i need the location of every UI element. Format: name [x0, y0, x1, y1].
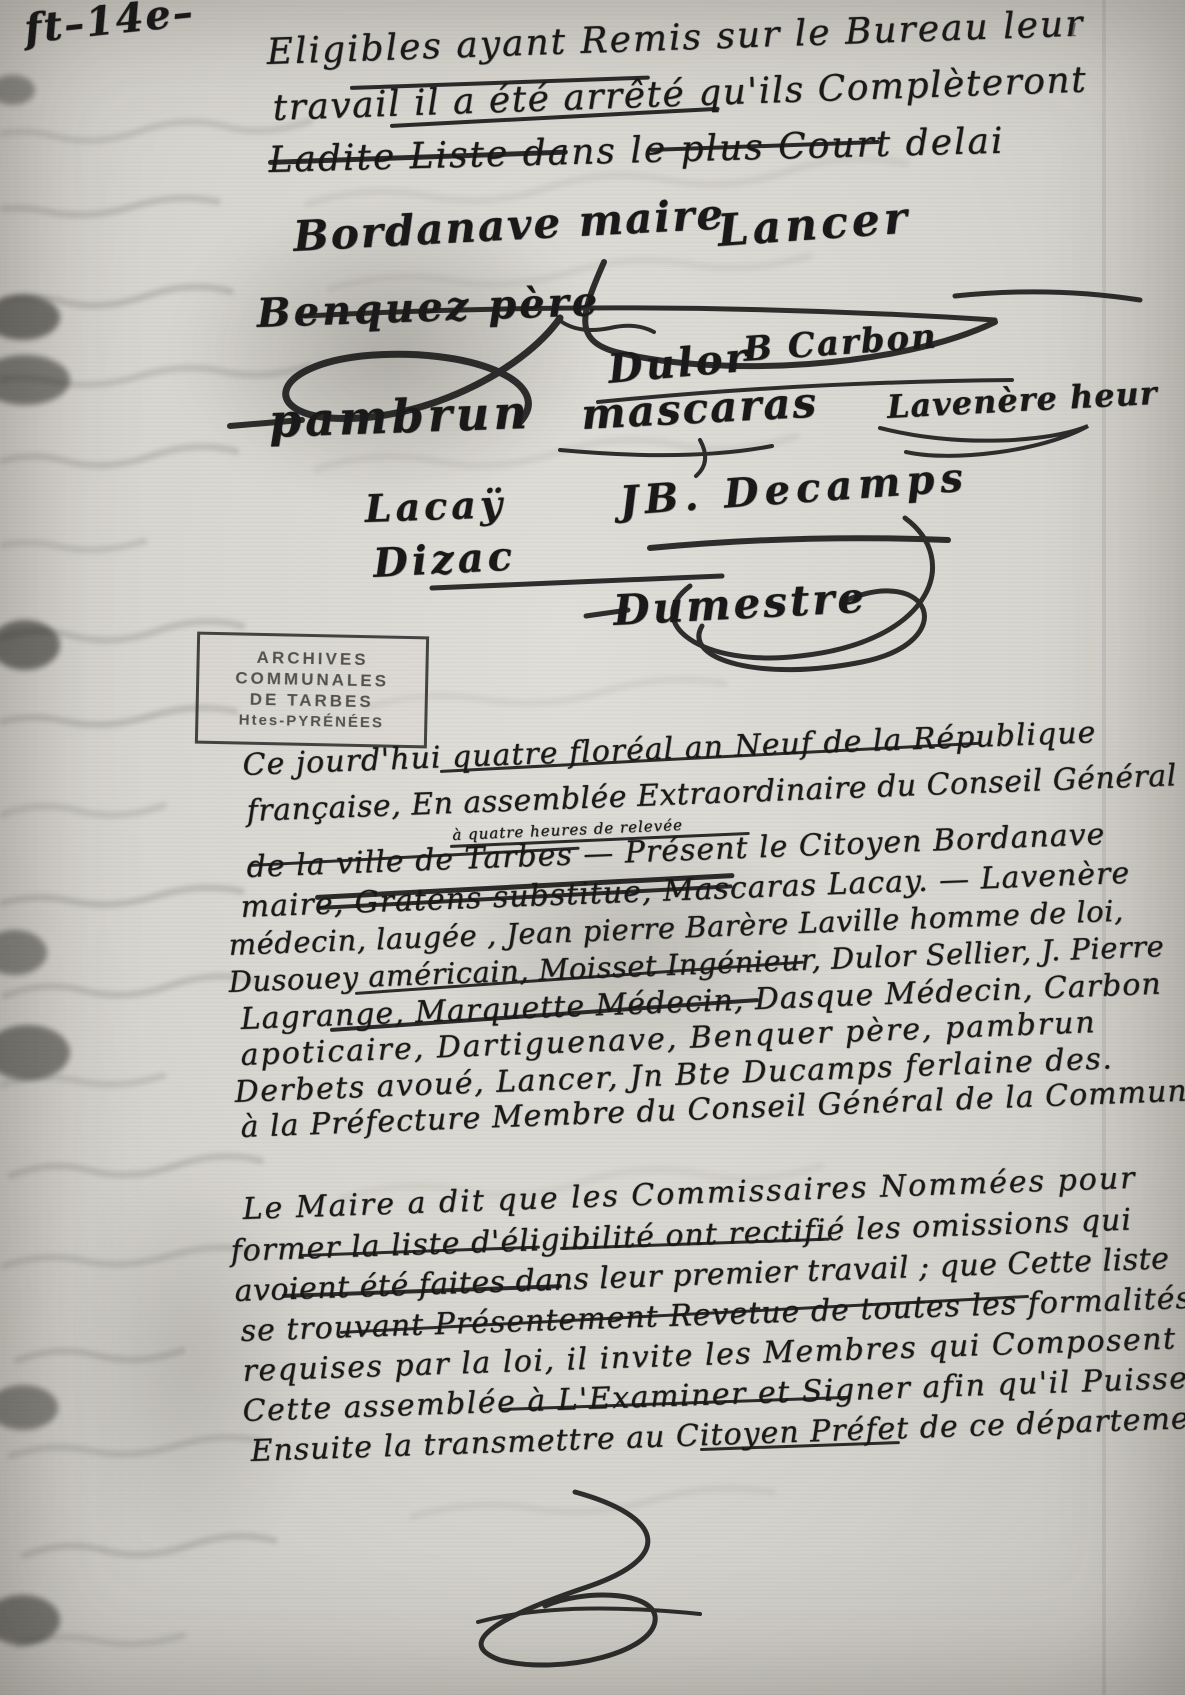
opening-line: Ladite Liste dans le plus Court delai [268, 121, 1005, 181]
margin-stain [0, 1595, 60, 1645]
margin-stain [0, 355, 70, 405]
opening-line: Eligibles ayant Remis sur le Bureau leur [266, 3, 1085, 73]
margin-stain [0, 75, 35, 105]
stamp-line: ARCHIVES [257, 647, 369, 670]
folio-mark: ft–14e– [22, 0, 197, 53]
signature-carbon: B Carbon [742, 316, 939, 369]
margin-stain [0, 1025, 70, 1080]
signature-pambrun: pambrun [268, 385, 532, 448]
archive-stamp: ARCHIVES COMMUNALES DE TARBES Htes-PYRÉN… [195, 632, 429, 749]
margin-stain [0, 930, 47, 975]
margin-stain [0, 295, 60, 340]
signature-dizac: Dizac [372, 533, 517, 587]
stamp-line: DE TARBES [250, 689, 374, 713]
signature-lacay: Lacaÿ [364, 481, 507, 531]
stamp-line: Htes-PYRÉNÉES [239, 709, 385, 733]
opening-line: travail il a été arrêté qu'ils Complèter… [272, 60, 1088, 129]
margin-stain [0, 1385, 58, 1430]
signature-decamps: JB. Decamps [618, 454, 970, 525]
manuscript-page: ft–14e– 1 Eligibles ayant Remis sur le B… [0, 0, 1185, 1695]
margin-stain [0, 620, 60, 670]
signature-lavenere: Lavenère heur [886, 374, 1159, 426]
signature-dumestre: Dumestre [612, 573, 868, 635]
signature-lancer: Lancer [716, 193, 912, 257]
